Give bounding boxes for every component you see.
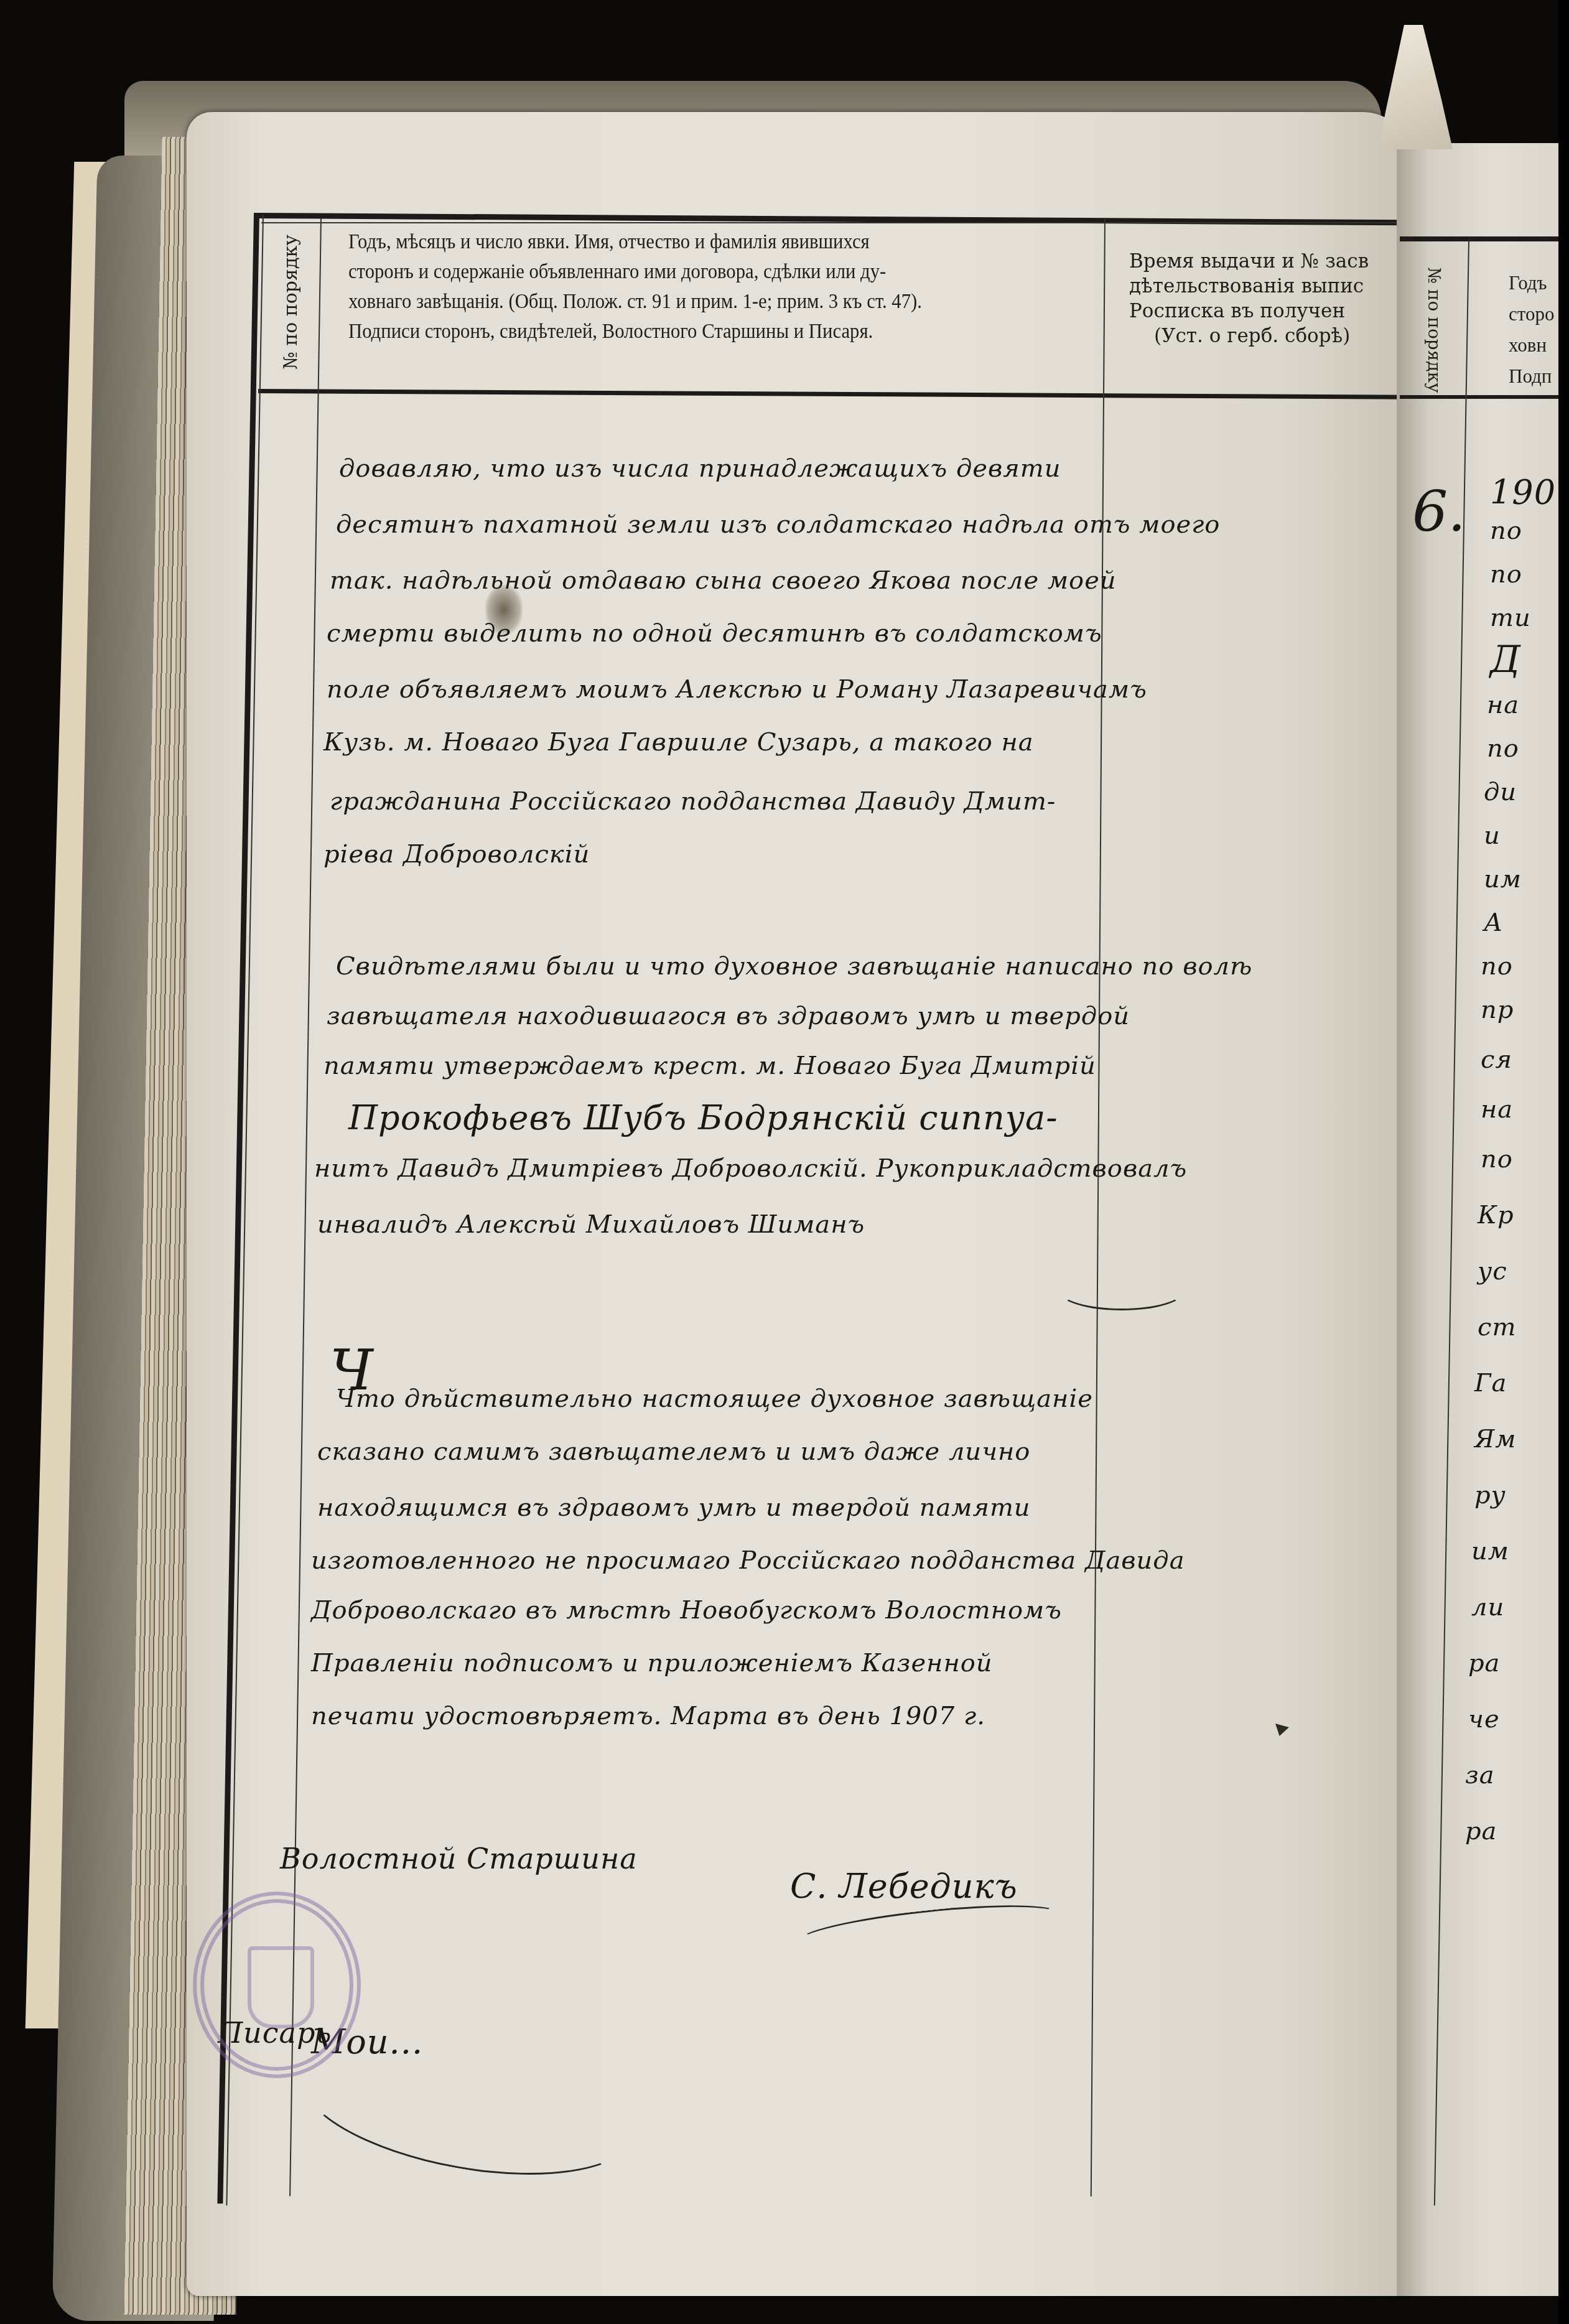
header-line: ховнаго завѣщанія. (Общ. Полож. ст. 91 и…: [348, 287, 1066, 317]
next-page-fragment: ся: [1481, 1045, 1512, 1074]
handwritten-line: печати удостовѣряетъ. Марта въ день 1907…: [311, 1702, 985, 1730]
handwritten-line: десятинъ пахатной земли изъ солдатскаго …: [336, 510, 1220, 539]
column-header-number: № по порядку: [264, 224, 317, 380]
next-page-fragment: Ям: [1474, 1425, 1516, 1454]
next-page-header-rule: [1400, 236, 1558, 241]
column-header-description: Годъ, мѣсяцъ и число явки. Имя, отчество…: [348, 227, 1066, 347]
next-page-fragment: ст: [1478, 1313, 1516, 1342]
next-page-fragment: Д: [1490, 638, 1521, 681]
handwritten-line: нитъ Давидъ Дмитріевъ Доброволскій. Руко…: [314, 1154, 1187, 1183]
header-line: Годъ, мѣсяцъ и число явки. Имя, отчество…: [348, 227, 1066, 257]
signature-flourish: [1058, 1269, 1186, 1310]
next-page-column-header-description: Годъ сторо ховн Подп: [1509, 268, 1558, 392]
next-page-fragment: по: [1487, 734, 1519, 763]
next-page-column-header-number: № по порядку: [1412, 249, 1456, 411]
next-page-fragment: на: [1487, 691, 1519, 719]
header-fragment: Годъ: [1509, 268, 1558, 299]
column-header-issue: Время выдачи и № засв дѣтельствованія вы…: [1129, 249, 1403, 348]
header-line: Время выдачи и № засв: [1129, 249, 1403, 274]
header-line: Подписи сторонъ, свидѣтелей, Волостного …: [348, 317, 1066, 347]
handwritten-line: Кузь. м. Новаго Буга Гаврииле Сузарь, а …: [324, 728, 1034, 757]
header-fragment: ховн: [1509, 330, 1558, 361]
handwritten-line: поле объявляемъ моимъ Алексѣю и Роману Л…: [327, 675, 1147, 704]
handwritten-line: Свидѣтелями были и что духовное завѣщані…: [336, 952, 1252, 981]
handwritten-line: гражданина Россійскаго подданства Давиду…: [330, 787, 1056, 816]
next-page-fragment: по: [1490, 516, 1522, 545]
next-page-fragment: ра: [1465, 1817, 1497, 1846]
elder-signature-label: Волостной Старшина: [280, 1842, 638, 1875]
handwritten-line: ріева Доброволскій: [324, 840, 590, 869]
next-page-fragment: им: [1484, 865, 1522, 894]
next-page-fragment: ти: [1490, 604, 1531, 632]
handwritten-line: памяти утверждаемъ крест. м. Новаго Буга…: [324, 1052, 1096, 1080]
handwritten-line: сказано самимъ завѣщателемъ и имъ даже л…: [317, 1437, 1030, 1466]
header-fragment: сторо: [1509, 299, 1558, 330]
next-page-fragment: 1907: [1490, 473, 1569, 512]
header-line: (Уст. о герб. сборѣ): [1129, 324, 1403, 348]
torn-paper-tab: [1378, 25, 1453, 149]
handwritten-line: довавляю, что изъ числа принадлежащихъ д…: [339, 454, 1061, 483]
next-page-fragment: ли: [1471, 1593, 1504, 1622]
official-seal-stamp: [193, 1892, 361, 2078]
next-page-fragment: ди: [1484, 778, 1517, 806]
next-page-fragment: им: [1471, 1537, 1509, 1566]
ledger-page: [187, 112, 1412, 2296]
handwritten-line: инвалидъ Алексѣй Михайловъ Шиманъ: [317, 1210, 865, 1239]
next-page-fragment: по: [1481, 952, 1513, 981]
next-page-fragment: А: [1484, 908, 1503, 937]
handwritten-line: Прокофьевъ Шубъ Бодрянскій сиппуа-: [348, 1098, 1058, 1137]
handwritten-line: Что дѣйствительно настоящее духовное зав…: [336, 1384, 1093, 1413]
next-page-fragment: по: [1490, 560, 1522, 589]
next-page-fragment: ра: [1468, 1649, 1500, 1678]
header-line: дѣтельствованія выпис: [1129, 274, 1403, 299]
next-page-entry-number: 6.: [1412, 479, 1466, 544]
header-fragment: Подп: [1509, 361, 1558, 392]
next-page-fragment: за: [1465, 1761, 1495, 1790]
handwritten-line: смерти выделить по одной десятинѣ въ сол…: [327, 619, 1102, 648]
next-page-fragment: ру: [1474, 1481, 1506, 1510]
header-top-rule-thin: [261, 222, 1406, 223]
handwritten-line: находящимся въ здравомъ умѣ и твердой па…: [317, 1493, 1031, 1522]
handwritten-line: завѣщателя находившагося въ здравомъ умѣ…: [327, 1002, 1130, 1030]
next-page-fragment: по: [1481, 1145, 1513, 1174]
elder-signature: С. Лебедикъ: [790, 1867, 1018, 1906]
next-page-fragment: ус: [1478, 1257, 1507, 1286]
scan-border: [1558, 0, 1569, 2324]
next-page-fragment: че: [1468, 1705, 1500, 1734]
header-line: сторонъ и содержаніе объявленнаго ими до…: [348, 257, 1066, 287]
next-page-fragment: на: [1481, 1095, 1513, 1124]
next-page-fragment: Га: [1474, 1369, 1507, 1398]
handwritten-line: изготовленного не просимаго Россійскаго …: [311, 1546, 1185, 1575]
next-page-fragment: Кр: [1478, 1201, 1514, 1230]
handwritten-line: Правленіи подписомъ и приложеніемъ Казен…: [311, 1649, 993, 1678]
next-page-fragment: пр: [1481, 996, 1514, 1024]
header-line: Росписка въ получен: [1129, 299, 1403, 324]
next-page-fragment: и: [1484, 821, 1501, 850]
handwritten-line: Доброволскаго въ мѣстѣ Новобугскомъ Воло…: [311, 1596, 1062, 1625]
handwritten-line: так. надѣльной отдаваю сына своего Якова…: [330, 566, 1117, 595]
